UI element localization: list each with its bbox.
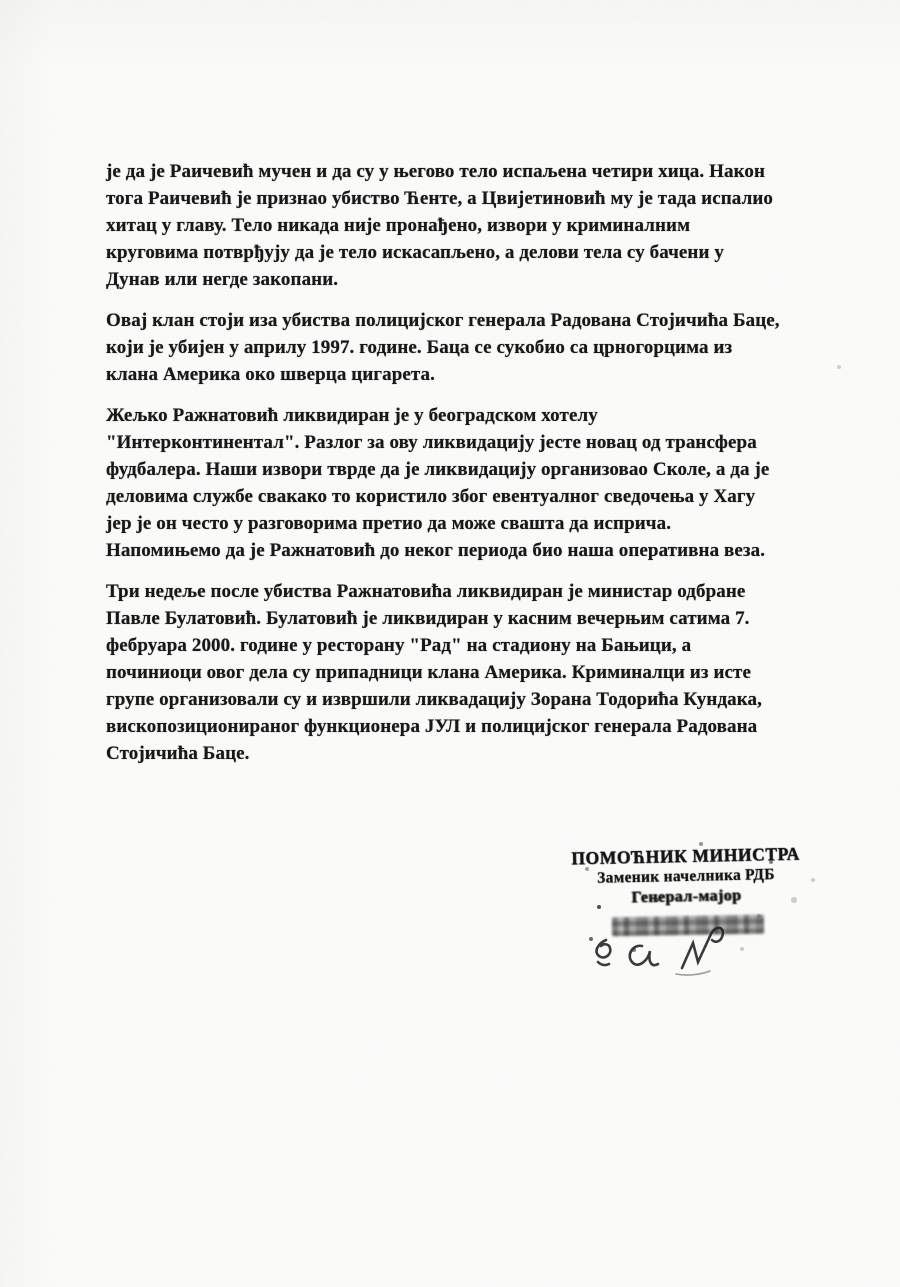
signature-rank: Генерал-мајор <box>568 886 804 909</box>
document-body: је да је Раичевић мучен и да су у његово… <box>106 158 818 781</box>
scan-speckles <box>0 0 2 2</box>
signature-block: ПОМОЋНИК МИНИСТРА Заменик начелника РДБ … <box>567 844 804 909</box>
paragraph-4: Три недеље после убиства Ражнатовића лик… <box>106 578 818 767</box>
paragraph-2: Овај клан стоји иза убиства полицијског … <box>106 307 818 388</box>
paragraph-3: Жељко Ражнатовић ликвидиран је у београд… <box>106 402 818 564</box>
handwritten-signature <box>584 922 784 984</box>
paragraph-1: је да је Раичевић мучен и да су у његово… <box>106 158 818 293</box>
signature-subtitle: Заменик начелника РДБ <box>568 866 804 889</box>
scanned-document-page: је да је Раичевић мучен и да су у његово… <box>0 0 900 1287</box>
